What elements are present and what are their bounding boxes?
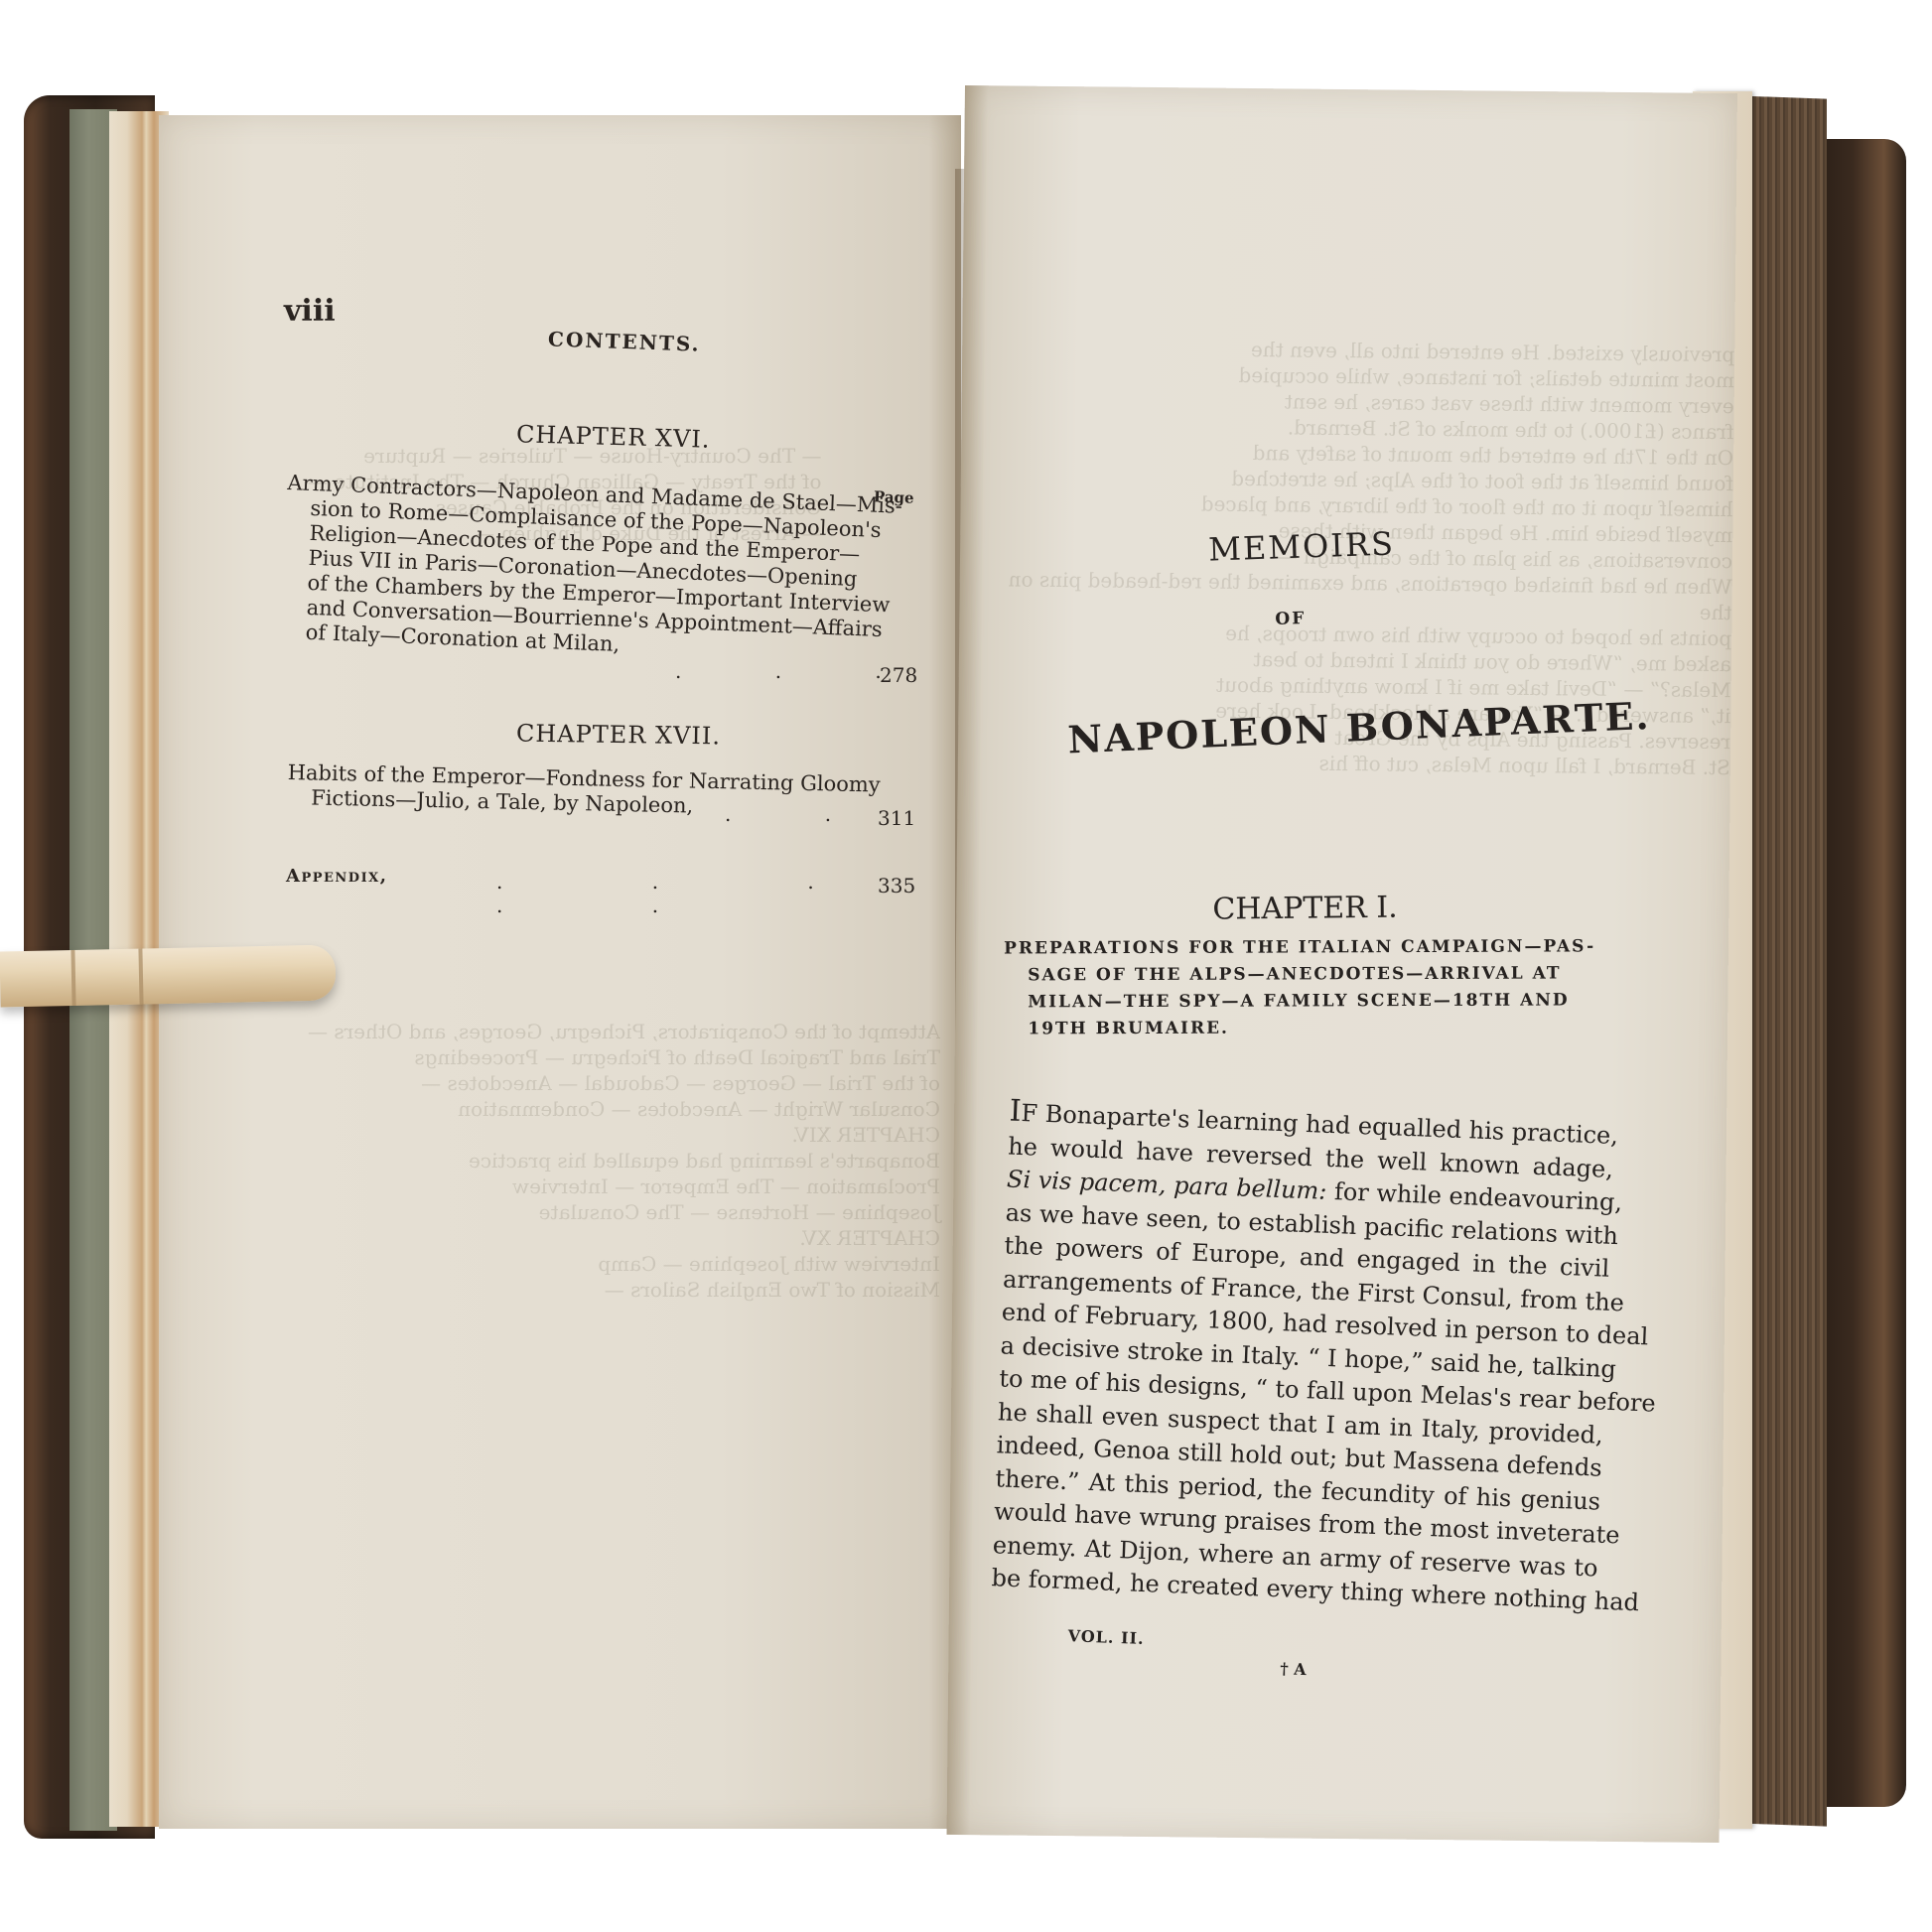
toc-page-311: 311: [878, 806, 915, 830]
summary-line: 19TH BRUMAIRE.: [1004, 1014, 1619, 1042]
chapter-i-body-text: IF Bonaparte's learning had equalled his…: [991, 1095, 1615, 1619]
signature-mark: † A: [1280, 1659, 1307, 1679]
bleed-through-text: Attempt of the Conspirators, Pichegru, G…: [308, 1019, 940, 1303]
book-title-of: OF: [1275, 609, 1306, 629]
summary-line: PREPARATIONS FOR THE ITALIAN CAMPAIGN—PA…: [1004, 933, 1619, 962]
summary-line: SAGE OF THE ALPS—ANECDOTES—ARRIVAL AT: [1004, 960, 1619, 989]
stick-band: [138, 949, 143, 1005]
stick-band: [70, 950, 75, 1006]
running-head-contents: CONTENTS.: [548, 327, 701, 355]
chapter-xvi-heading: CHAPTER XVI.: [516, 420, 711, 453]
chapter-i-heading: CHAPTER I.: [1212, 891, 1398, 927]
chapter-xvii-heading: CHAPTER XVII.: [516, 720, 721, 751]
summary-line: MILAN—THE SPY—A FAMILY SCENE—18TH AND: [1004, 987, 1619, 1016]
chapter-i-summary: PREPARATIONS FOR THE ITALIAN CAMPAIGN—PA…: [1004, 933, 1619, 1042]
right-page-chapter-one: previously existed. He entered into all,…: [947, 85, 1737, 1843]
page-number-viii: viii: [284, 294, 336, 329]
book-title-memoirs: MEMOIRS: [1208, 524, 1396, 568]
toc-page-335: 335: [878, 874, 915, 897]
appendix-label: Appendix,: [286, 866, 388, 887]
leader-dots: . .: [725, 802, 875, 826]
volume-mark: VOL. II.: [1067, 1626, 1145, 1648]
toc-page-278: 278: [880, 663, 917, 687]
chapter-xvi-summary: Army Contractors—Napoleon and Madame de …: [281, 471, 922, 668]
open-book: — The Country-House — Tuileries — Ruptur…: [0, 0, 1932, 1932]
wooden-bookmark-stick: [0, 944, 337, 1007]
right-cover: [1817, 139, 1906, 1807]
